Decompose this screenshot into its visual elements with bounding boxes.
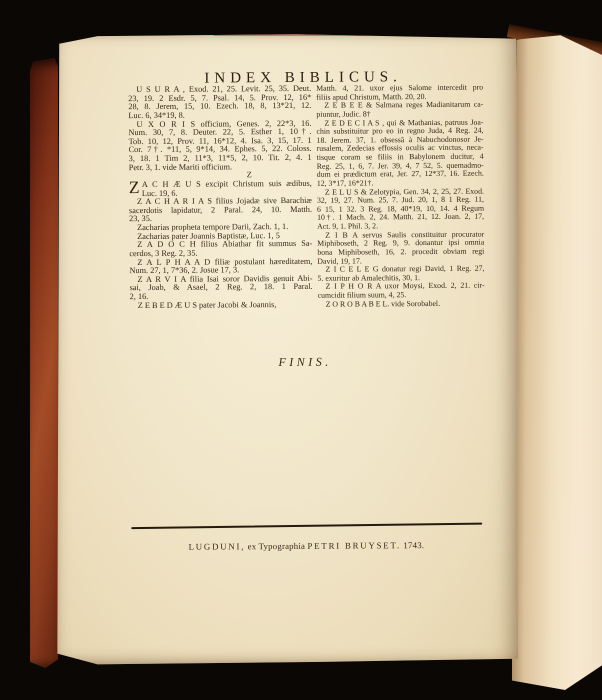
- index-text-line: sai, Joab, & Asael, 2 Reg. 2, 18. 1 Para…: [130, 283, 313, 293]
- imprint-year: 1743.: [401, 540, 424, 550]
- index-column-right: Matth. 4, 21. uxor ejus Salome intercedi…: [316, 84, 485, 309]
- printer-imprint: LUGDUNI, ex Typographia PETRI BRUYSET. 1…: [107, 539, 505, 552]
- index-text-line: sacerdotis lapidatur, 2 Paral. 24, 10. M…: [129, 206, 312, 216]
- index-text-line: Z E B E D Æ U S pater Jacobi & Joannis,: [130, 300, 313, 310]
- facing-blank-page: [512, 34, 602, 691]
- imprint-place: LUGDUNI,: [189, 541, 246, 551]
- book-page: INDEX BIBLICUS. U S U R A , Exod. 21, 25…: [56, 33, 518, 665]
- index-text-line: Z O R O B A B E L. vide Sorobabel.: [318, 299, 485, 309]
- photo-of-open-book: { "book": { "title": "INDEX BIBLICUS.", …: [0, 0, 602, 700]
- imprint-connector: ex Typographia: [245, 541, 307, 551]
- horizontal-rule: [131, 523, 482, 530]
- printed-area: INDEX BIBLICUS. U S U R A , Exod. 21, 25…: [54, 31, 520, 666]
- drop-cap-letter: Z: [129, 179, 140, 196]
- book-board-edge: [30, 58, 58, 668]
- index-column-left: U S U R A , Exod. 21, 25. Levit. 25, 35.…: [128, 85, 313, 311]
- finis-text: FINIS.: [130, 354, 480, 371]
- index-text-line: ZA C H Æ U S excipit Christum suis ædibu…: [129, 180, 312, 190]
- imprint-printer: PETRI BRUYSET.: [307, 540, 401, 551]
